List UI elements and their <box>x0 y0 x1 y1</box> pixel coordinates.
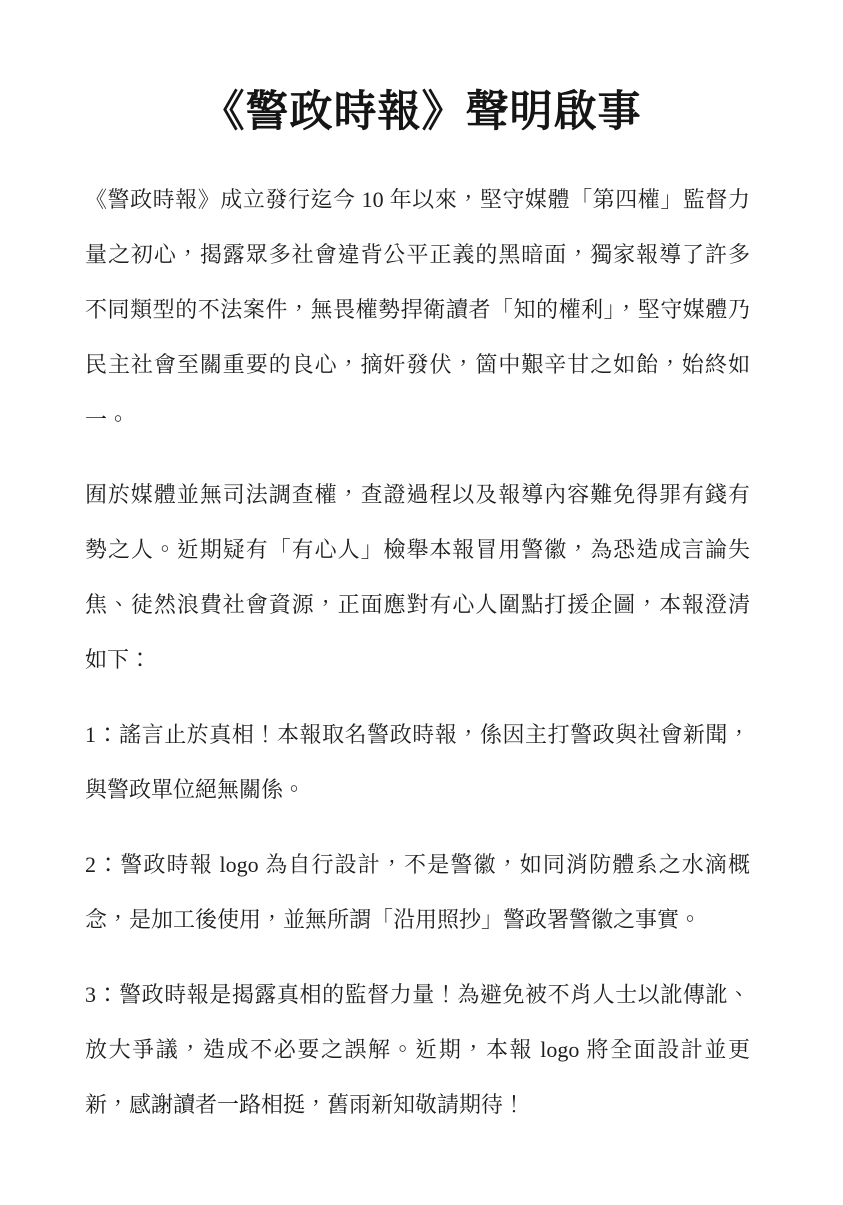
text-line: 民主社會至關重要的良心，摘奸發伏，箇中艱辛甘之如飴，始終如 <box>85 337 750 392</box>
document-title: 《警政時報》聲明啟事 <box>0 83 843 143</box>
document-body: 《警政時報》成立發行迄今 10 年以來，堅守媒體「第四權」監督力量之初心，揭露眾… <box>0 172 750 1132</box>
text-line: 放大爭議，造成不必要之誤解。近期，本報 logo 將全面設計並更 <box>85 1022 750 1077</box>
text-line: 一。 <box>85 392 750 447</box>
text-line: 念，是加工後使用，並無所謂「沿用照抄」警政署警徽之事實。 <box>85 892 750 947</box>
document-page: 《警政時報》聲明啟事 《警政時報》成立發行迄今 10 年以來，堅守媒體「第四權」… <box>0 0 843 1205</box>
text-line: 囿於媒體並無司法調查權，查證過程以及報導內容難免得罪有錢有 <box>85 467 750 522</box>
text-line: 《警政時報》成立發行迄今 10 年以來，堅守媒體「第四權」監督力 <box>85 172 750 227</box>
paragraph: 2：警政時報 logo 為自行設計，不是警徽，如同消防體系之水滴概念，是加工後使… <box>85 837 750 947</box>
text-line: 新，感謝讀者一路相挺，舊雨新知敬請期待！ <box>85 1077 750 1132</box>
text-line: 量之初心，揭露眾多社會違背公平正義的黑暗面，獨家報導了許多 <box>85 227 750 282</box>
text-line: 不同類型的不法案件，無畏權勢捍衛讀者「知的權利」，堅守媒體乃 <box>85 282 750 337</box>
paragraph: 《警政時報》成立發行迄今 10 年以來，堅守媒體「第四權」監督力量之初心，揭露眾… <box>85 172 750 447</box>
text-line: 2：警政時報 logo 為自行設計，不是警徽，如同消防體系之水滴概 <box>85 837 750 892</box>
text-line: 焦、徒然浪費社會資源，正面應對有心人圍點打援企圖，本報澄清 <box>85 577 750 632</box>
paragraph: 1：謠言止於真相！本報取名警政時報，係因主打警政與社會新聞，與警政單位絕無關係。 <box>85 707 750 817</box>
text-line: 1：謠言止於真相！本報取名警政時報，係因主打警政與社會新聞， <box>85 707 750 762</box>
text-line: 如下： <box>85 632 750 687</box>
text-line: 與警政單位絕無關係。 <box>85 762 750 817</box>
text-line: 勢之人。近期疑有「有心人」檢舉本報冒用警徽，為恐造成言論失 <box>85 522 750 577</box>
paragraph: 囿於媒體並無司法調查權，查證過程以及報導內容難免得罪有錢有勢之人。近期疑有「有心… <box>85 467 750 687</box>
text-line: 3：警政時報是揭露真相的監督力量！為避免被不肖人士以訛傳訛、 <box>85 967 750 1022</box>
paragraph: 3：警政時報是揭露真相的監督力量！為避免被不肖人士以訛傳訛、放大爭議，造成不必要… <box>85 967 750 1132</box>
